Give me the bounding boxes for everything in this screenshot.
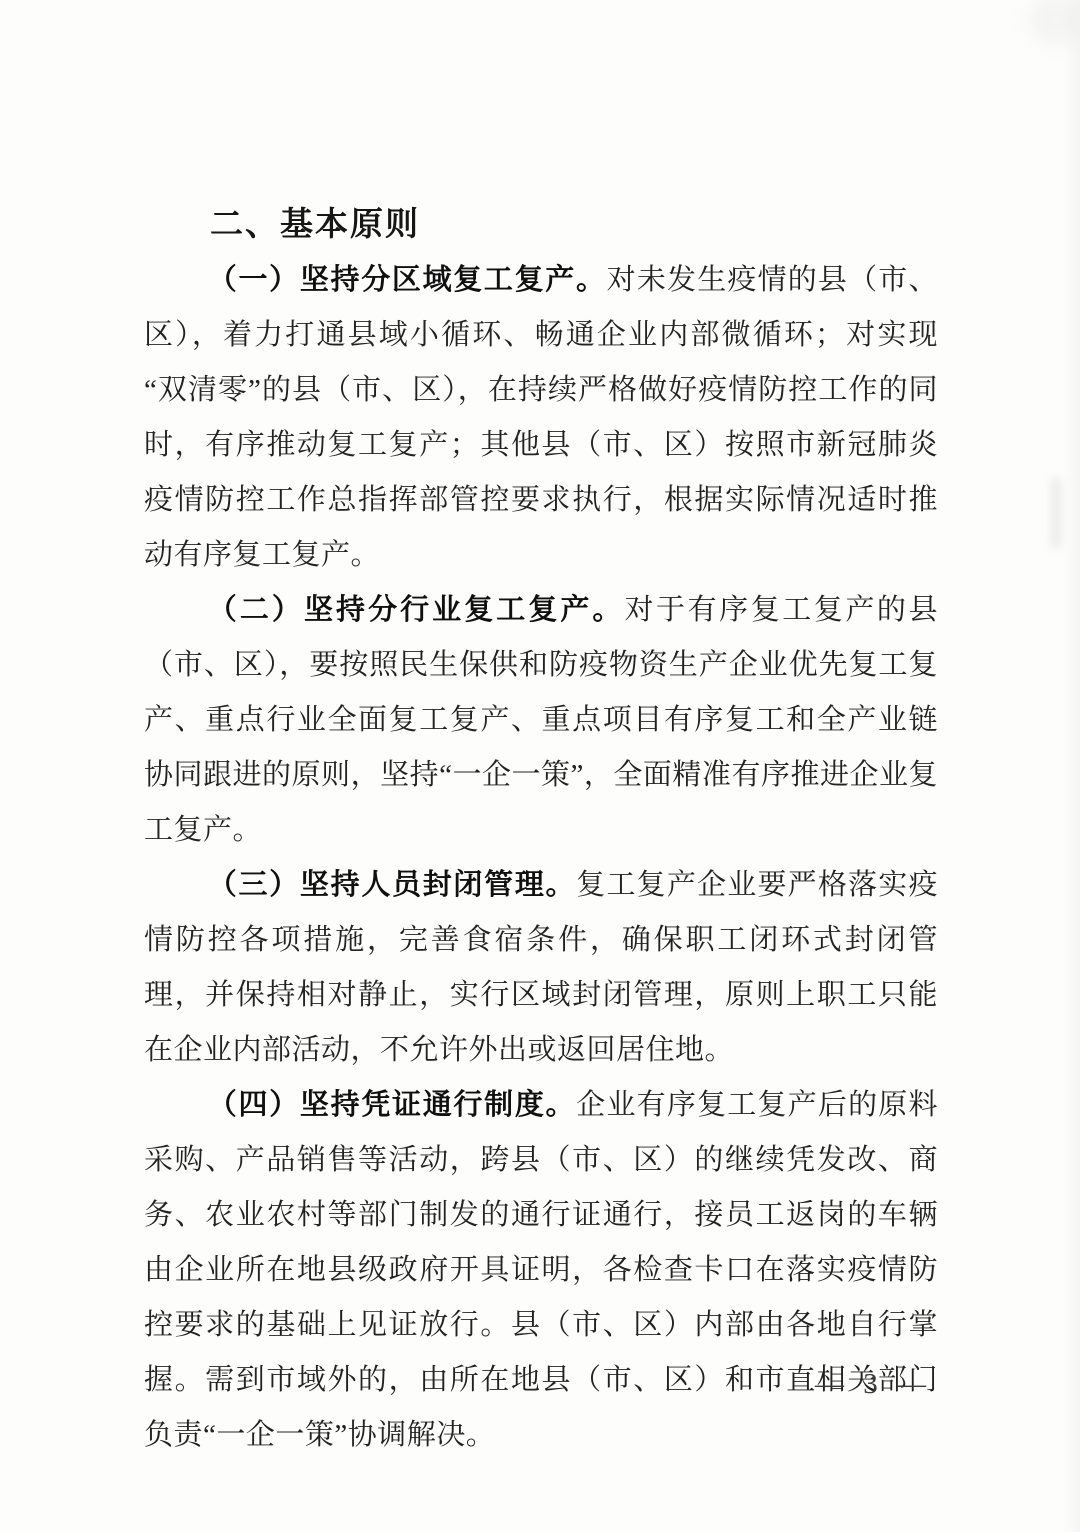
paragraph-3: （三）坚持人员封闭管理。复工复产企业要严格落实疫情防控各项措施，完善食宿条件，确… xyxy=(144,858,938,1078)
section-heading: 二、基本原则 xyxy=(144,198,938,253)
paragraph-4-lead: （四）坚持凭证通行制度。 xyxy=(208,1089,576,1121)
page-number: — 3 — xyxy=(815,1368,932,1401)
scan-artifact-edge xyxy=(1062,0,1080,1532)
paragraph-2-lead: （二）坚持分行业复工复产。 xyxy=(208,594,625,626)
paragraph-3-lead: （三）坚持人员封闭管理。 xyxy=(208,869,576,901)
scan-artifact-streak xyxy=(1050,478,1062,548)
scanned-document-page: 二、基本原则 （一）坚持分区域复工复产。对未发生疫情的县（市、区），着力打通县域… xyxy=(0,0,1080,1532)
paragraph-2: （二）坚持分行业复工复产。对于有序复工复产的县（市、区），要按照民生保供和防疫物… xyxy=(144,583,938,858)
paragraph-1-lead: （一）坚持分区域复工复产。 xyxy=(208,264,607,296)
paragraph-2-text: 对于有序复工复产的县（市、区），要按照民生保供和防疫物资生产企业优先复工复产、重… xyxy=(144,594,938,846)
paragraph-4: （四）坚持凭证通行制度。企业有序复工复产后的原料采购、产品销售等活动，跨县（市、… xyxy=(144,1078,938,1463)
paragraph-1-text: 对未发生疫情的县（市、区），着力打通县域小循环、畅通企业内部微循环；对实现“双清… xyxy=(144,264,938,571)
paragraph-1: （一）坚持分区域复工复产。对未发生疫情的县（市、区），着力打通县域小循环、畅通企… xyxy=(144,253,938,583)
document-body: 二、基本原则 （一）坚持分区域复工复产。对未发生疫情的县（市、区），着力打通县域… xyxy=(144,198,938,1463)
